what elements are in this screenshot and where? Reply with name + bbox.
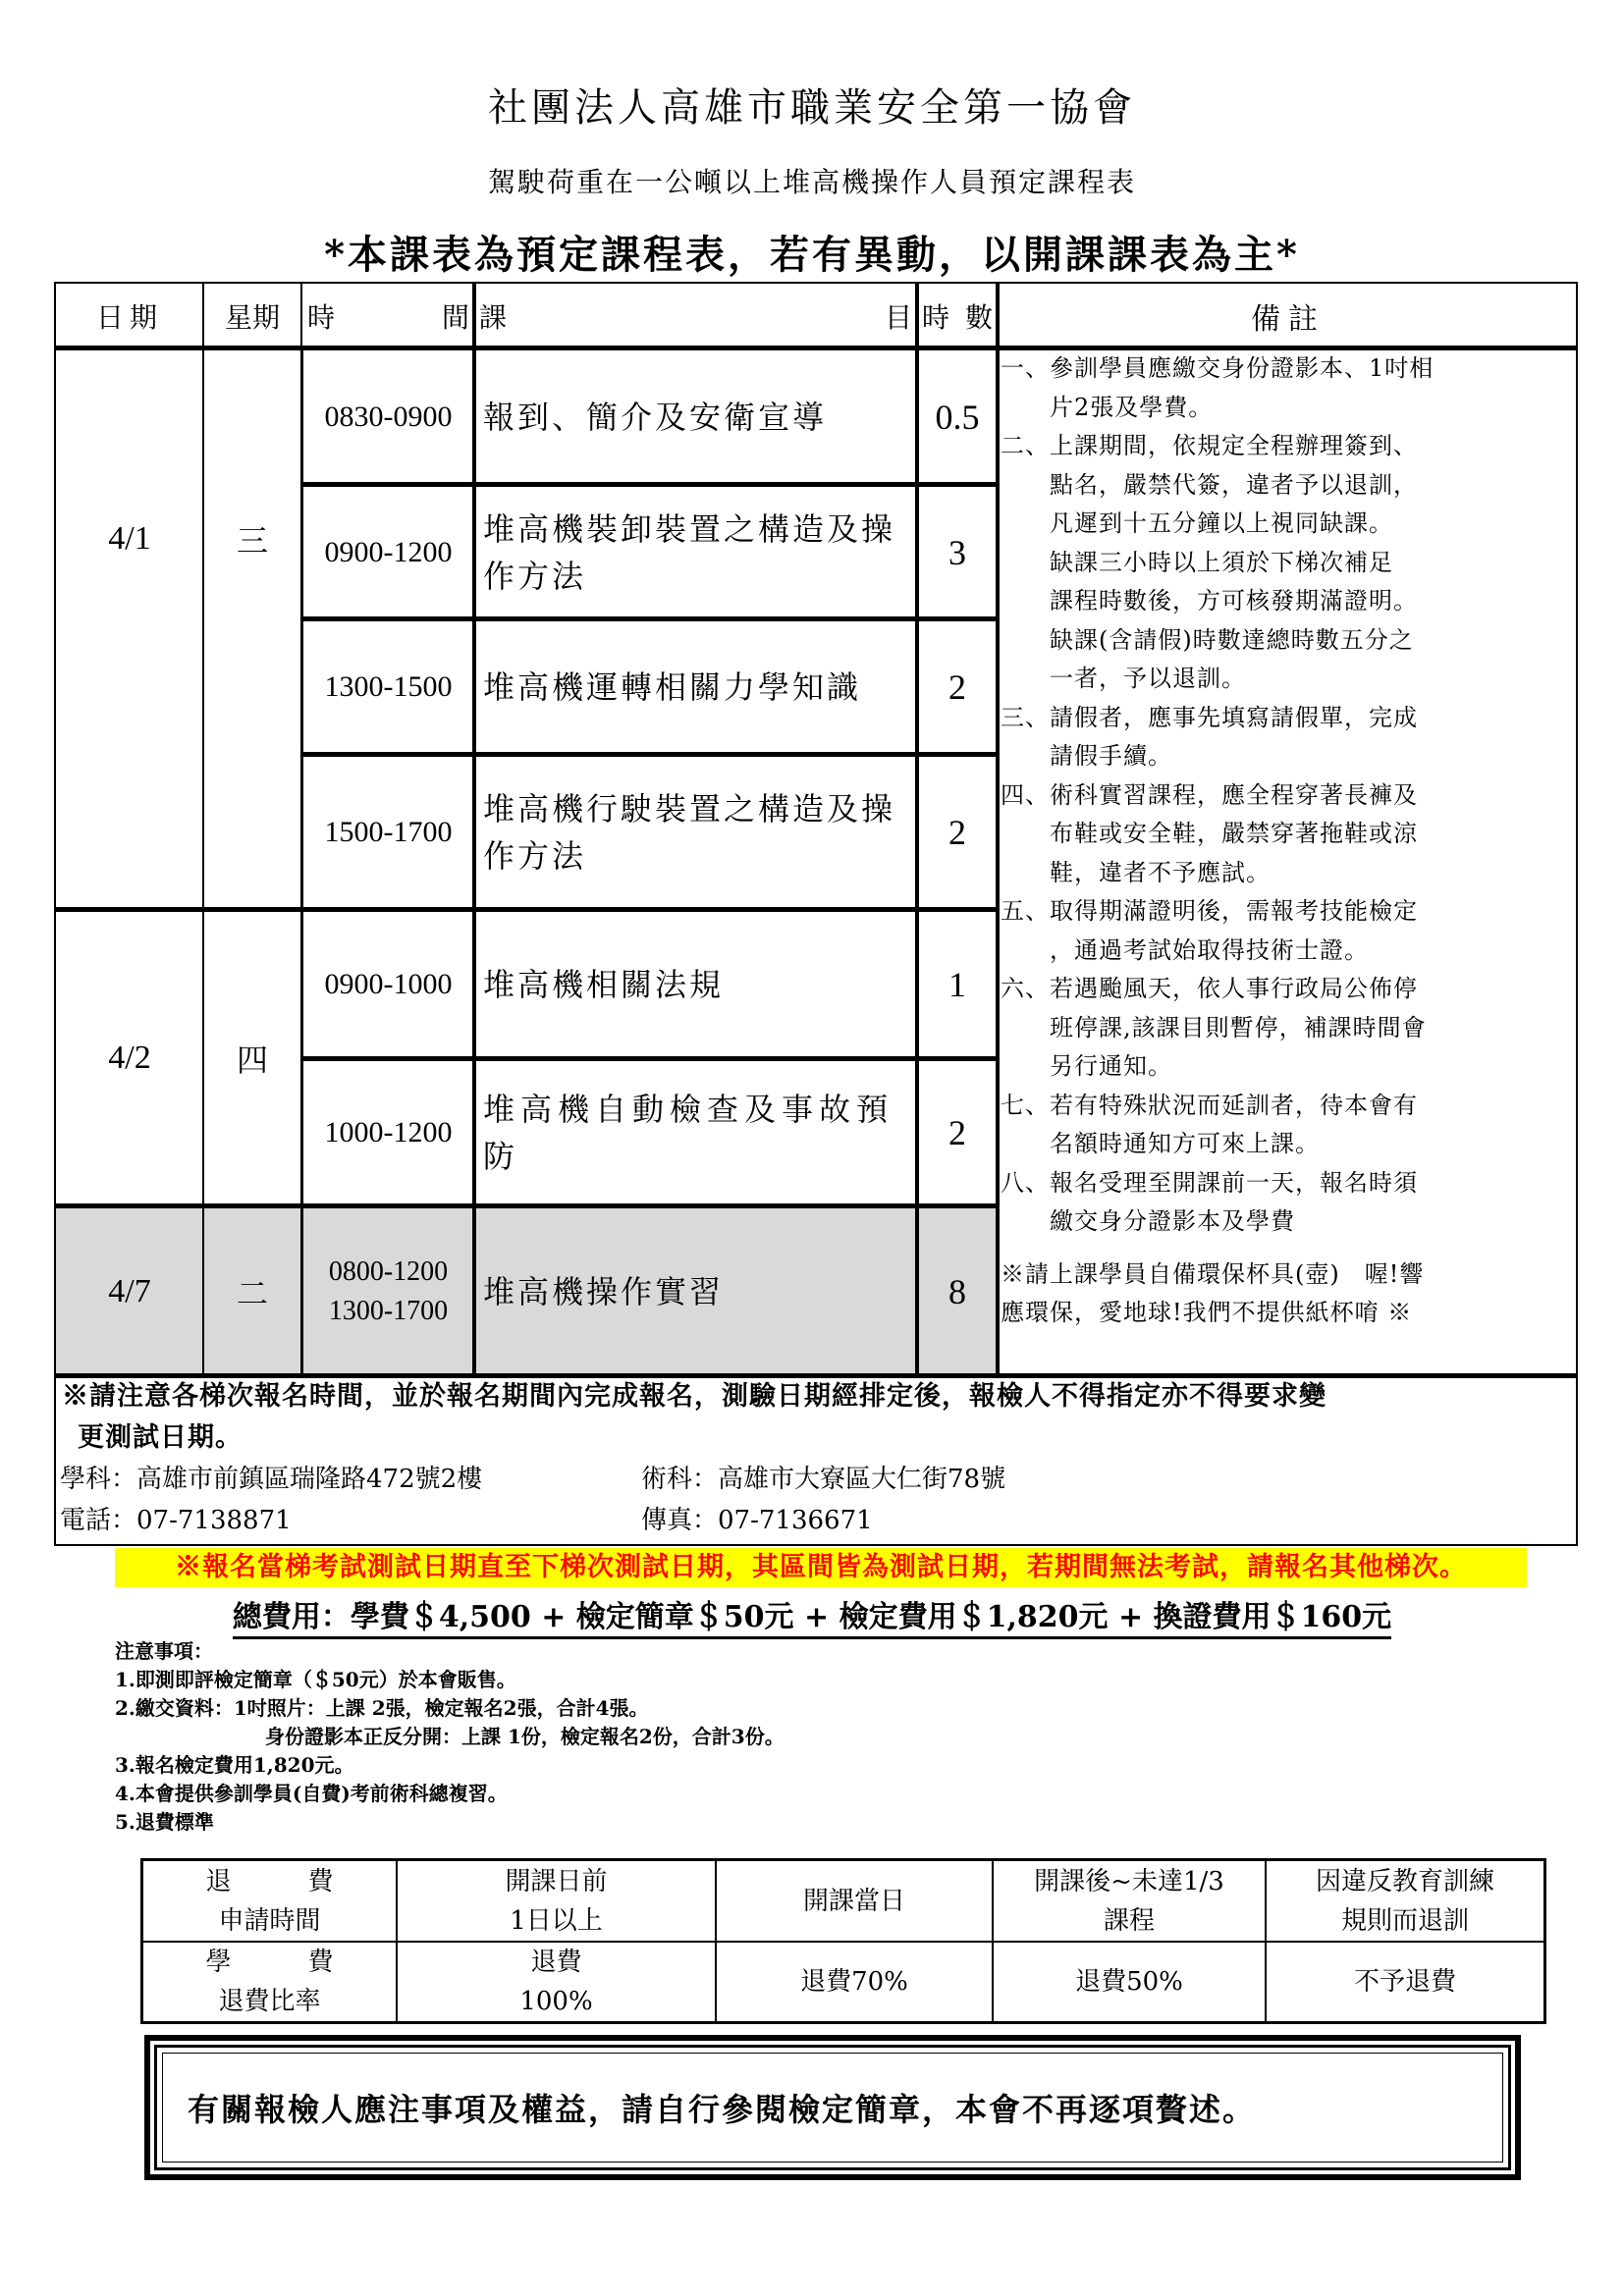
refund-table: 退 費 申請時間 開課日前 1日以上 開課當日 開課後~未達1/3 課程 因違反… (140, 1858, 1546, 2024)
theory-location: 學科：高雄市前鎮區瑞隆路472號2樓 (60, 1459, 641, 1500)
remark-item: 八、報名受理至開課前一天，報名時須繳交身分證影本及學費 (1001, 1164, 1578, 1242)
refund-header-cell: 開課後~未達1/3 課程 (994, 1861, 1265, 1941)
remark-line: ，通過考試始取得技術士證。 (1050, 932, 1578, 971)
day-date: 4/2 (56, 911, 203, 1205)
col-divider (915, 284, 919, 1376)
row-divider (56, 1203, 997, 1208)
note-item: 5.退費標準 (115, 1808, 785, 1837)
col-header-time-b: 間 (442, 296, 469, 336)
remark-line: 術科實習課程，應全程穿著長褲及 (1050, 776, 1578, 816)
session-time-range: 0800-1200 1300-1700 (303, 1207, 473, 1376)
remark-line: 繳交身分證影本及學費 (1050, 1202, 1578, 1242)
col-divider (300, 346, 303, 1376)
contact-row: 電話：07-7138871 傳真：07-7136671 (56, 1500, 1576, 1541)
eco-note: ※請上課學員自備環保杯具(壺) 喔!響 應環保，愛地球!我們不提供紙杯唷 ※ (1001, 1255, 1578, 1333)
remark-line: 點名，嚴禁代簽，違者予以退訓， (1050, 466, 1578, 506)
session-course: 堆高機操作實習 (475, 1207, 916, 1376)
session-time-am: 0800-1200 (329, 1253, 448, 1292)
remark-item: 七、若有特殊狀況而延訓者，待本會有名額時通知方可來上課。 (1001, 1087, 1578, 1164)
exam-period-warning: ※報名當梯考試測試日期直至下梯次測試日期，其區間皆為測試日期，若期間無法考試，請… (115, 1548, 1527, 1587)
session-hours: 2 (918, 1060, 997, 1205)
remark-item: 二、上課期間，依規定全程辦理簽到、點名，嚴禁代簽，違者予以退訓，凡遲到十五分鐘以… (1001, 427, 1578, 699)
registration-notice: ※請注意各梯次報名時間，並於報名期間內完成報名，測驗日期經排定後，報檢人不得指定… (56, 1376, 1576, 1541)
refund-header-cell: 開課日前 1日以上 (398, 1861, 715, 1941)
refund-row-cell: 不予退費 (1267, 1943, 1543, 2021)
course-title: 駕駛荷重在一公噸以上堆高機操作人員預定課程表 (0, 161, 1624, 200)
refund-col-divider (992, 1861, 994, 2021)
refund-header-cell: 因違反教育訓練 規則而退訓 (1267, 1861, 1543, 1941)
session-course: 堆高機相關法規 (475, 911, 916, 1058)
session-course: 報到、簡介及安衛宣導 (475, 349, 916, 484)
session-hours: 1 (918, 911, 997, 1058)
col-header-course-a: 課 (479, 296, 507, 336)
col-header-hours: 時 數 (918, 284, 997, 347)
col-header-date: 日期 (56, 284, 203, 347)
session-hours: 2 (918, 756, 997, 909)
day-date: 4/7 (56, 1207, 203, 1376)
frame-border: 有關報檢人應注事項及權益，請自行參閱檢定簡章，本會不再逐項贅述。 (154, 2045, 1511, 2170)
row-divider (301, 616, 997, 621)
col-header-course: 課 目 (475, 284, 916, 347)
phone: 電話：07-7138871 (60, 1500, 641, 1541)
remark-line: 鞋，違者不予應試。 (1050, 854, 1578, 893)
remark-number: 一、 (1001, 349, 1050, 427)
col-header-remarks: 備註 (999, 284, 1578, 347)
col-header-weekday: 星期 (203, 284, 301, 347)
remark-line: 若有特殊狀況而延訓者，待本會有 (1050, 1087, 1578, 1126)
session-course: 堆高機行駛裝置之構造及操作方法 (475, 756, 916, 909)
remark-line: 班停課,該課目則暫停，補課時間會 (1050, 1009, 1578, 1048)
col-divider (472, 284, 476, 1376)
remark-number: 二、 (1001, 427, 1050, 699)
remark-line: 片2張及學費。 (1050, 389, 1578, 428)
eco-note-line: 應環保，愛地球!我們不提供紙杯唷 ※ (1001, 1294, 1578, 1333)
col-header-hours-a: 時 (922, 296, 949, 336)
refund-header-cell: 開課當日 (717, 1861, 992, 1941)
notes-section: 注意事項： 1.即測即評檢定簡章（＄50元）於本會販售。 2.繳交資料：1吋照片… (115, 1637, 785, 1837)
session-hours: 2 (918, 620, 997, 754)
refund-header-cell: 退 費 申請時間 (143, 1861, 396, 1941)
organization-title: 社團法人高雄市職業安全第一協會 (0, 77, 1624, 133)
note-item: 身份證影本正反分開：上課 1份，檢定報名2份，合計3份。 (115, 1723, 785, 1751)
col-header-time: 時 間 (303, 284, 473, 347)
footer-notice-frame: 有關報檢人應注事項及權益，請自行參閱檢定簡章，本會不再逐項贅述。 (144, 2035, 1521, 2180)
remark-item: 三、請假者，應事先填寫請假單，完成請假手續。 (1001, 699, 1578, 776)
day-weekday: 四 (203, 911, 301, 1205)
col-divider (202, 284, 204, 1376)
day-weekday: 三 (203, 349, 301, 728)
session-hours: 8 (918, 1207, 997, 1376)
session-time-pm: 1300-1700 (329, 1292, 448, 1331)
remark-line: 布鞋或安全鞋，嚴禁穿著拖鞋或涼 (1050, 815, 1578, 854)
total-fee-text: 總費用：學費＄4,500 + 檢定簡章＄50元 + 檢定費用＄1,820元 + … (233, 1600, 1391, 1639)
day-date: 4/1 (56, 349, 203, 728)
row-divider (301, 1056, 997, 1061)
session-course: 堆高機運轉相關力學知識 (475, 620, 916, 754)
eco-note-line: ※請上課學員自備環保杯具(壺) 喔!響 (1001, 1255, 1578, 1295)
remark-line: 課程時數後，方可核發期滿證明。 (1050, 582, 1578, 621)
session-time: 0900-1200 (303, 486, 473, 618)
remark-number: 四、 (1001, 776, 1050, 893)
refund-row-cell: 退費70% (717, 1943, 992, 2021)
remark-line: 凡遲到十五分鐘以上視同缺課。 (1050, 505, 1578, 544)
remark-line: 名額時通知方可來上課。 (1050, 1125, 1578, 1164)
fax: 傳真：07-7136671 (641, 1500, 873, 1541)
total-fee: 總費用：學費＄4,500 + 檢定簡章＄50元 + 檢定費用＄1,820元 + … (0, 1592, 1624, 1635)
row-divider (301, 752, 997, 757)
remark-line: 請假者，應事先填寫請假單，完成 (1050, 699, 1578, 738)
col-header-course-b: 目 (885, 296, 912, 336)
session-course: 堆高機自動檢查及事故預防 (475, 1060, 916, 1205)
refund-col-divider (1265, 1861, 1267, 2021)
refund-col-divider (715, 1861, 717, 2021)
col-header-time-a: 時 (307, 296, 335, 336)
session-time: 1000-1200 (303, 1060, 473, 1205)
notes-title: 注意事項： (115, 1637, 785, 1666)
session-course: 堆高機裝卸裝置之構造及操作方法 (475, 486, 916, 618)
session-time: 1300-1500 (303, 620, 473, 754)
note-item: 1.即測即評檢定簡章（＄50元）於本會販售。 (115, 1666, 785, 1694)
remark-line: 請假手續。 (1050, 737, 1578, 776)
session-hours: 3 (918, 486, 997, 618)
registration-notice-line: ※請注意各梯次報名時間，並於報名期間內完成報名，測驗日期經排定後，報檢人不得指定… (56, 1376, 1576, 1417)
remark-number: 五、 (1001, 892, 1050, 970)
remark-line: 缺課三小時以上須於下梯次補足 (1050, 544, 1578, 583)
session-hours: 0.5 (918, 349, 997, 484)
note-item: 4.本會提供參訓學員(自費)考前術科總複習。 (115, 1780, 785, 1808)
remark-line: 取得期滿證明後，需報考技能檢定 (1050, 892, 1578, 932)
refund-row-cell: 退費50% (994, 1943, 1265, 2021)
refund-col-divider (396, 1861, 398, 2021)
session-time: 0830-0900 (303, 349, 473, 484)
registration-notice-line: 更測試日期。 (56, 1417, 1576, 1459)
session-time: 0900-1000 (303, 911, 473, 1058)
note-item: 2.繳交資料：1吋照片：上課 2張，檢定報名2張，合計4張。 (115, 1694, 785, 1723)
remark-number: 六、 (1001, 970, 1050, 1087)
col-header-hours-b: 數 (965, 296, 993, 336)
schedule-disclaimer: *本課表為預定課程表，若有異動，以開課課表為主* (0, 224, 1624, 280)
remark-line: 報名受理至開課前一天，報名時須 (1050, 1164, 1578, 1203)
remark-line: 若遇颱風天，依人事行政局公佈停 (1050, 970, 1578, 1009)
refund-row-divider (143, 1941, 1543, 1943)
row-divider (56, 907, 997, 912)
col-divider (996, 284, 1000, 1376)
refund-row-cell: 學 費 退費比率 (143, 1943, 396, 2021)
footer-notice: 有關報檢人應注事項及權益，請自行參閱檢定簡章，本會不再逐項贅述。 (162, 2053, 1503, 2163)
remark-number: 三、 (1001, 699, 1050, 776)
remark-number: 八、 (1001, 1164, 1050, 1242)
day-weekday: 二 (203, 1207, 301, 1376)
remark-line: 缺課(含請假)時數達總時數五分之 (1050, 621, 1578, 661)
remark-item: 四、術科實習課程，應全程穿著長褲及布鞋或安全鞋，嚴禁穿著拖鞋或涼鞋，違者不予應試… (1001, 776, 1578, 893)
refund-row-cell: 退費 100% (398, 1943, 715, 2021)
remark-item: 五、取得期滿證明後，需報考技能檢定，通過考試始取得技術士證。 (1001, 892, 1578, 970)
remark-line: 一者，予以退訓。 (1050, 660, 1578, 699)
remark-line: 另行通知。 (1050, 1047, 1578, 1087)
schedule-table: 日期 星期 時 間 課 目 時 數 備註 4/1 三 0830-0900 報到、… (54, 282, 1578, 1546)
session-time: 1500-1700 (303, 756, 473, 909)
remarks-list: 一、參訓學員應繳交身份證影本、1吋相片2張及學費。 二、上課期間，依規定全程辦理… (1001, 349, 1578, 1333)
practical-location: 術科：高雄市大寮區大仁街78號 (641, 1459, 1005, 1500)
row-divider (301, 482, 997, 487)
remark-number: 七、 (1001, 1087, 1050, 1164)
note-item: 3.報名檢定費用1,820元。 (115, 1751, 785, 1780)
remark-line: 參訓學員應繳交身份證影本、1吋相 (1050, 349, 1578, 389)
remark-item: 一、參訓學員應繳交身份證影本、1吋相片2張及學費。 (1001, 349, 1578, 427)
address-row: 學科：高雄市前鎮區瑞隆路472號2樓 術科：高雄市大寮區大仁街78號 (56, 1459, 1576, 1500)
remark-item: 六、若遇颱風天，依人事行政局公佈停班停課,該課目則暫停，補課時間會另行通知。 (1001, 970, 1578, 1087)
remark-line: 上課期間，依規定全程辦理簽到、 (1050, 427, 1578, 466)
